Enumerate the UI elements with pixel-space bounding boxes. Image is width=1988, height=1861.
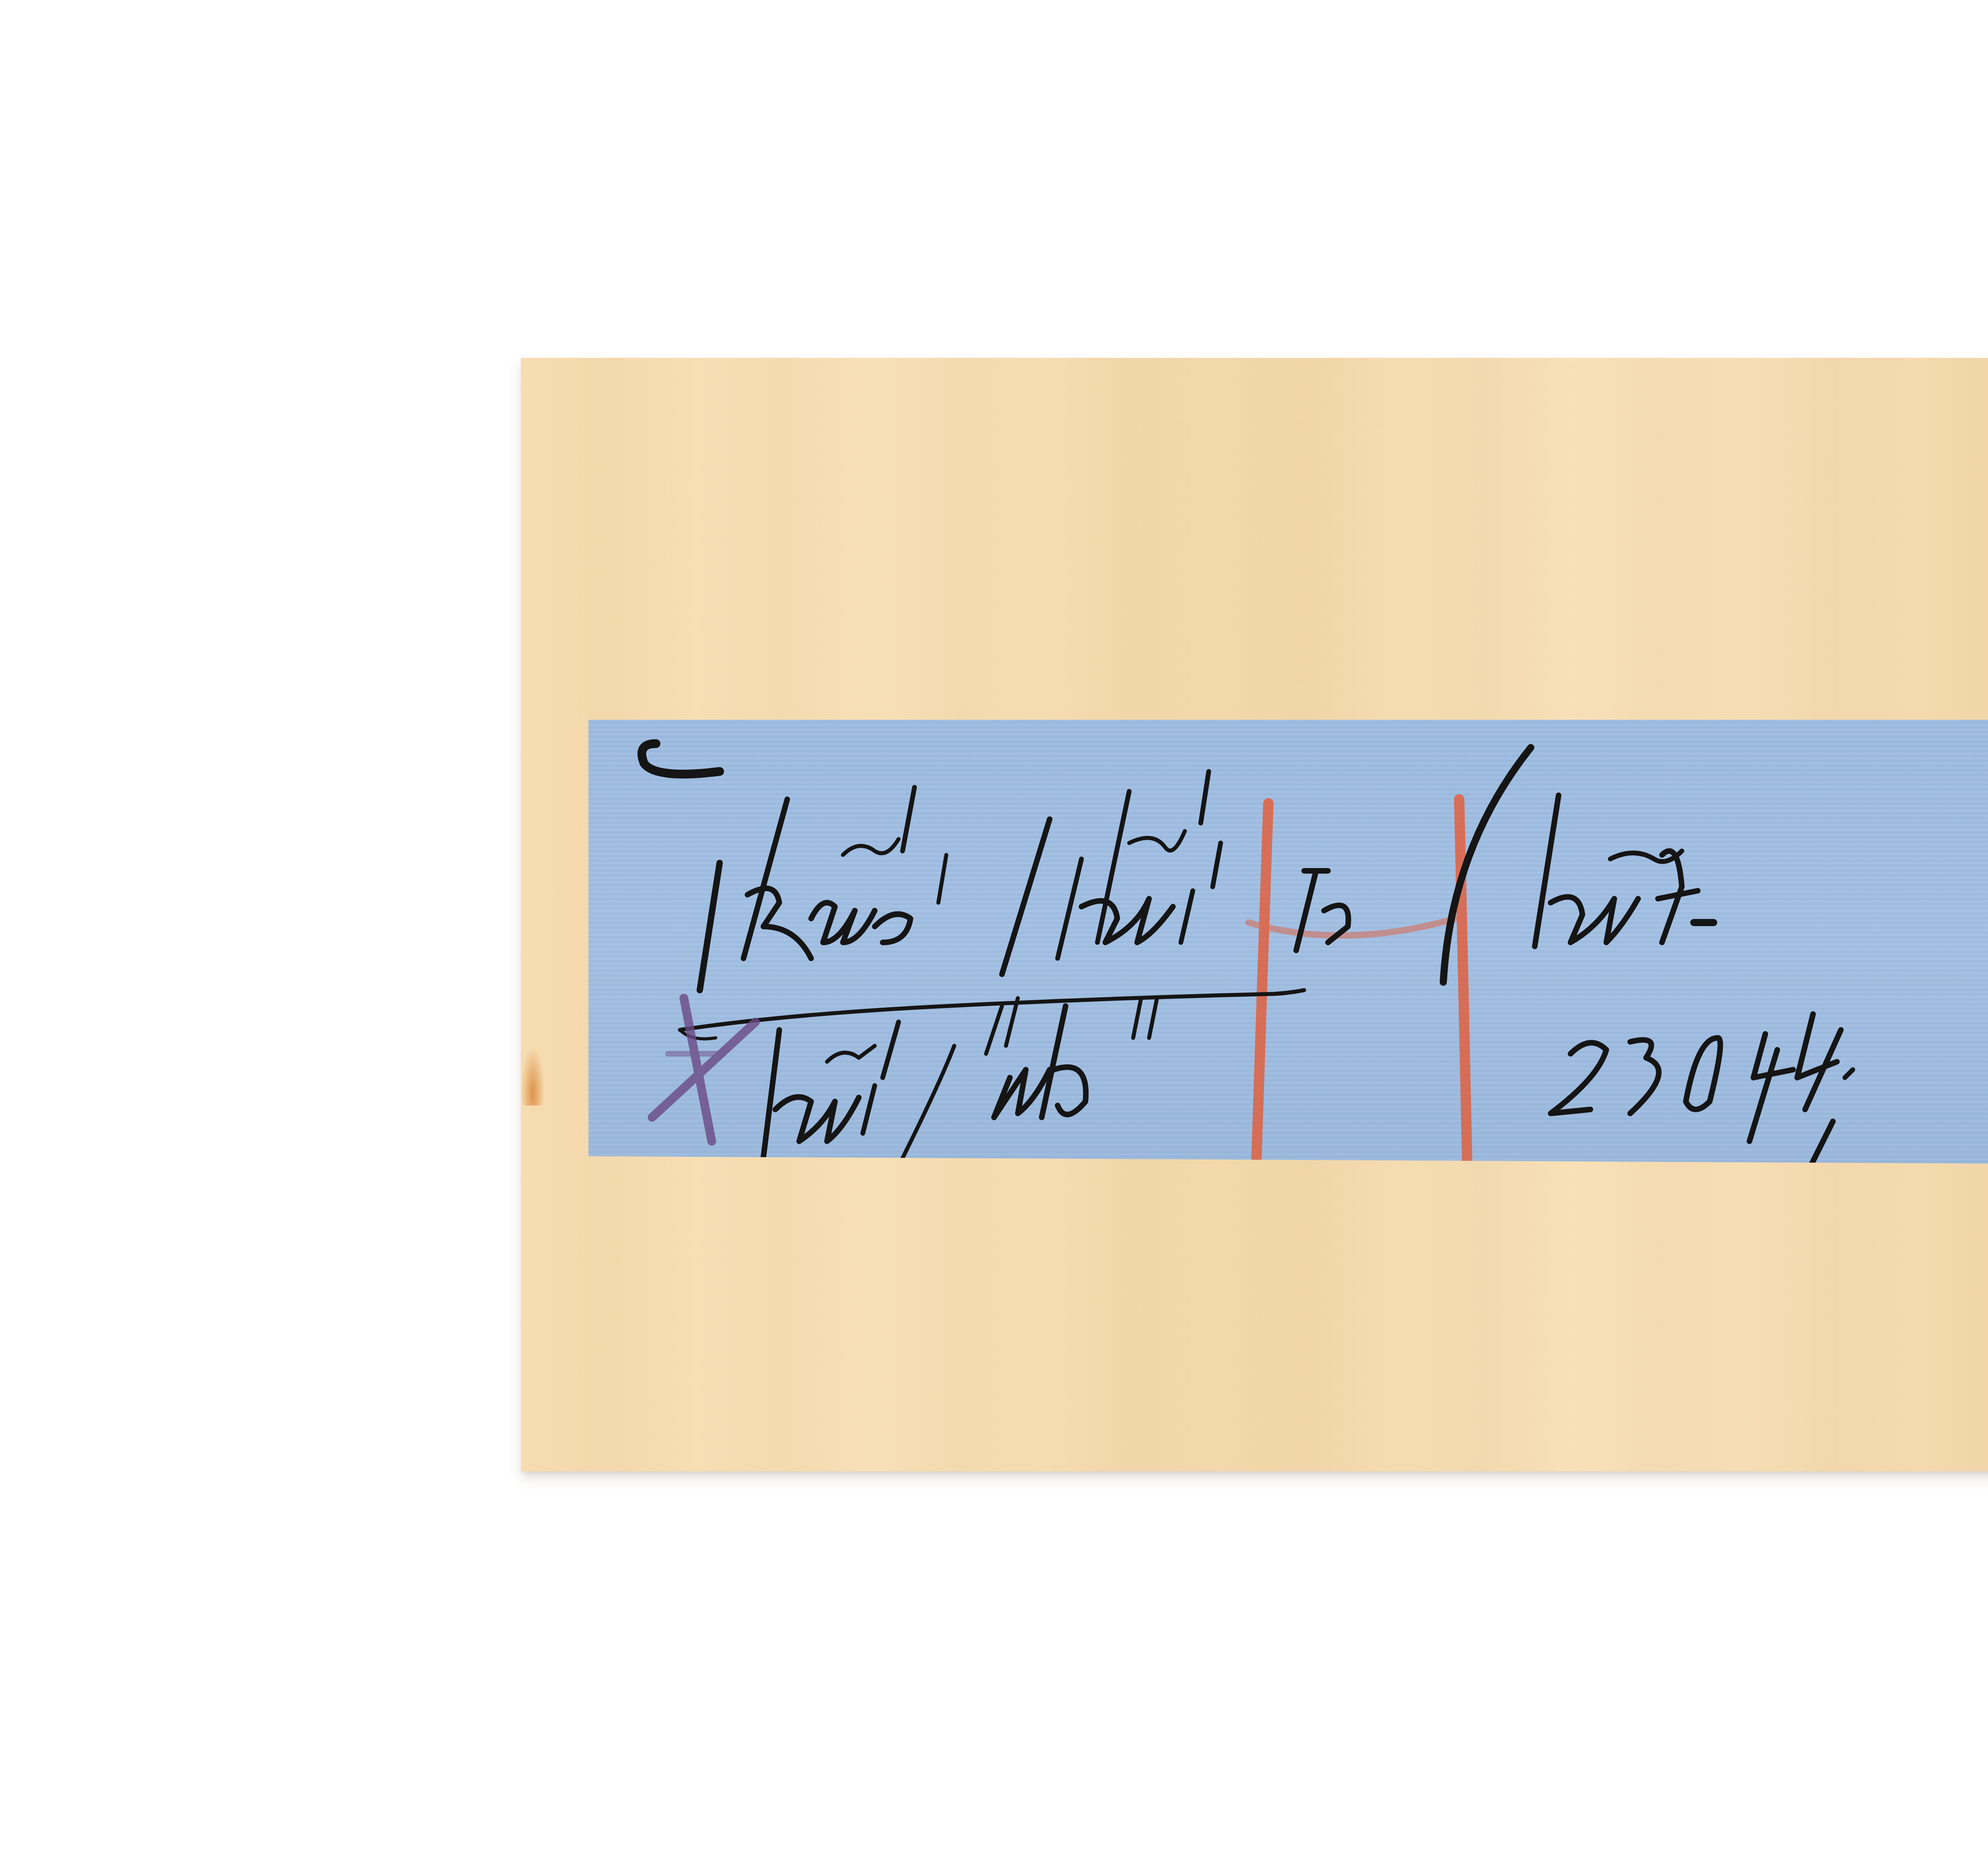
- ink-strokes: [642, 744, 1853, 1165]
- red-crayon-bracket: [1248, 799, 1467, 1161]
- blue-paper-slip: !Kaūzi !Kaūi Iz( laūk- !aūi) "ul6s" 23 0…: [588, 720, 1988, 1165]
- rust-stain: [521, 1046, 545, 1105]
- purple-asterisk-mark: [652, 998, 755, 1141]
- handwriting-strokes: [588, 720, 1988, 1165]
